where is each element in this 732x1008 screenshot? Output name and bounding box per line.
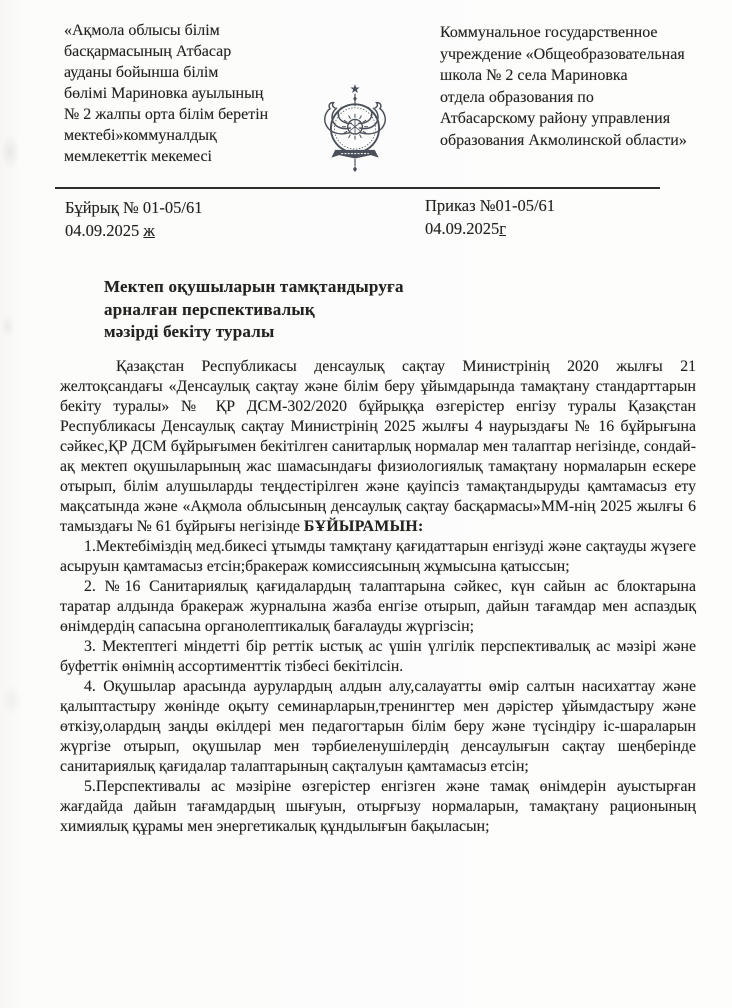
order-block-kazakh: Бұйрық № 01-05/61 04.09.2025 ж (65, 196, 202, 242)
order-item-2: 2. №16 Санитариялық қағидалардың талапта… (60, 577, 696, 637)
order-date-kazakh: 04.09.2025 ж (65, 219, 202, 242)
preamble-text: Қазақстан Республикасы денсаулық сақтау … (60, 358, 696, 535)
order-date-suffix-kazakh: ж (143, 221, 154, 240)
org-name-russian: Коммунальное государственное учреждение … (440, 20, 726, 151)
order-item-4: 4. Оқушылар арасында аурулардың алдын ал… (60, 677, 696, 777)
document-header: «Ақмола облысы білім басқармасының Атбас… (0, 0, 732, 180)
document-body: Қазақстан Республикасы денсаулық сақтау … (60, 357, 696, 837)
header-divider-line (55, 187, 660, 189)
order-date-russian: 04.09.2025г (425, 217, 555, 240)
preamble-paragraph: Қазақстан Республикасы денсаулық сақтау … (60, 357, 696, 537)
order-date-suffix-russian: г (499, 219, 506, 238)
order-number-row: Бұйрық № 01-05/61 04.09.2025 ж Приказ №0… (0, 196, 732, 254)
document-title: Мектеп оқушыларын тамқтандыруға арналған… (104, 276, 732, 344)
order-keyword: БҰЙЫРАМЫН: (304, 518, 424, 535)
order-number-russian: Приказ №01-05/61 (425, 194, 555, 217)
scanned-document-page: «Ақмола облысы білім басқармасының Атбас… (0, 0, 732, 1008)
org-name-kazakh: «Ақмола облысы білім басқармасының Атбас… (64, 20, 304, 167)
order-item-3: 3. Мектептегі міндетті бір реттік ыстық … (60, 637, 696, 677)
order-number-kazakh: Бұйрық № 01-05/61 (65, 196, 202, 219)
order-block-russian: Приказ №01-05/61 04.09.2025г (425, 194, 555, 240)
order-item-5: 5.Перспективалы ас мәзіріне өзгерістер е… (60, 777, 696, 837)
order-item-1: 1.Мектебіміздің мед.бикесі ұтымды тамқта… (60, 537, 696, 577)
kazakhstan-coat-of-arms-icon (312, 82, 400, 180)
